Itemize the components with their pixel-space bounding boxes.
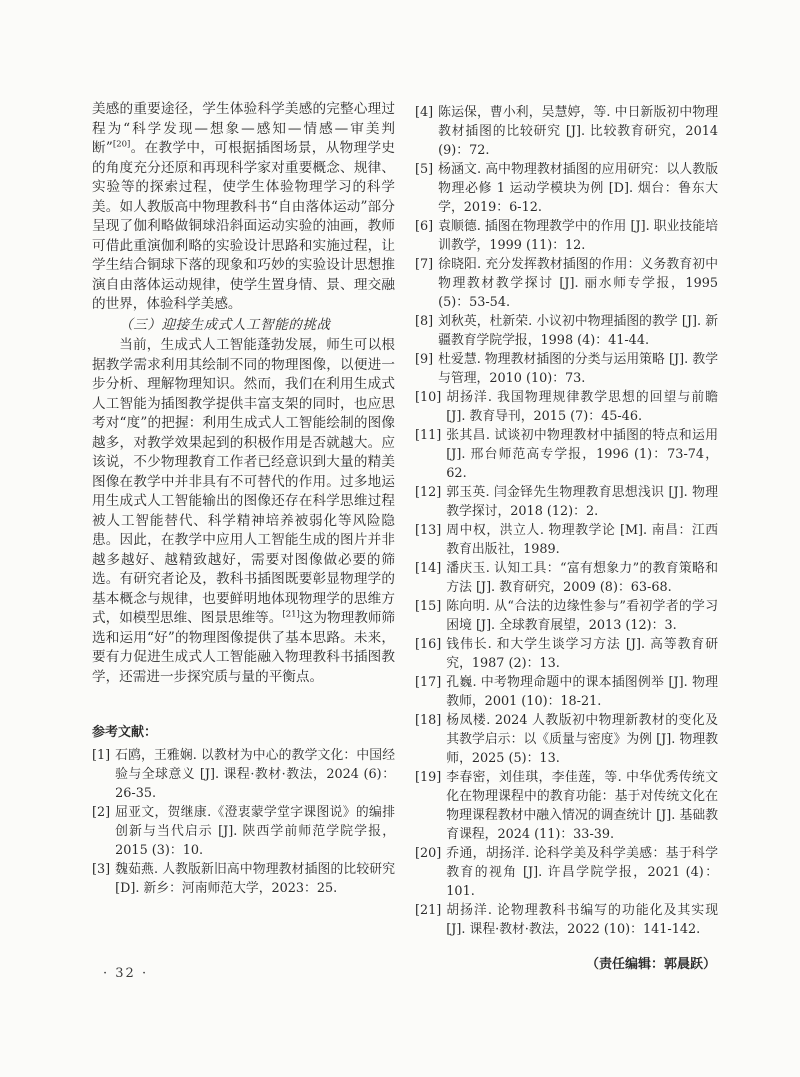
reference-label: [11]	[415, 426, 441, 445]
reference-item: [8] 刘秋英，杜新荣. 小议初中物理插图的教学 [J]. 新疆教育学院学报，1…	[415, 312, 718, 350]
reference-item: [6] 袁顺德. 插图在物理教学中的作用 [J]. 职业技能培训教学，1999 …	[415, 217, 718, 255]
reference-label: [20]	[415, 844, 441, 863]
reference-text: 胡扬洋. 我国物理规律教学思想的回望与前瞻 [J]. 教育导刊，2015 (7)…	[446, 388, 718, 426]
reference-item: [21] 胡扬洋. 论物理教科书编写的功能化及其实现 [J]. 课程·教材·教法…	[415, 901, 718, 939]
reference-item: [2] 屈亚文，贺继康.《澄衷蒙学堂字课图说》的编排创新与当代启示 [J]. 陕…	[92, 803, 395, 860]
reference-list-right: [4] 陈运保，曹小利，吴慧婷，等. 中日新版初中物理教材插图的比较研究 [J]…	[415, 103, 718, 939]
reference-item: [4] 陈运保，曹小利，吴慧婷，等. 中日新版初中物理教材插图的比较研究 [J]…	[415, 103, 718, 160]
reference-text: 杜爱慧. 物理教材插图的分类与运用策略 [J]. 教学与管理，2010 (10)…	[438, 350, 718, 388]
left-column: 美感的重要途径，学生体验科学美感的完整心理过程为“科学发现—想象—感知—情感—审…	[92, 100, 395, 975]
editor-note: （责任编辑：郭晨跃）	[415, 955, 718, 975]
reference-item: [9] 杜爱慧. 物理教材插图的分类与运用策略 [J]. 教学与管理，2010 …	[415, 350, 718, 388]
reference-label: [4]	[415, 103, 433, 122]
reference-text: 刘秋英，杜新荣. 小议初中物理插图的教学 [J]. 新疆教育学院学报，1998 …	[438, 312, 718, 350]
citation-superscript-21: [21]	[282, 609, 299, 619]
reference-text: 张其昌. 试谈初中物理教材中插图的特点和运用 [J]. 邢台师范高专学报，199…	[446, 426, 718, 483]
reference-item: [18] 杨凤楼. 2024 人教版初中物理新教材的变化及其教学启示：以《质量与…	[415, 711, 718, 768]
reference-label: [13]	[415, 521, 441, 540]
reference-text: 徐晓阳. 充分发挥教材插图的作用：义务教育初中物理教材教学探讨 [J]. 丽水师…	[438, 255, 718, 312]
reference-item: [14] 潘庆玉. 认知工具：“富有想象力”的教育策略和方法 [J]. 教育研究…	[415, 559, 718, 597]
reference-label: [12]	[415, 483, 441, 502]
reference-label: [6]	[415, 217, 433, 236]
reference-label: [17]	[415, 673, 441, 692]
reference-list-left: [1] 石鸥，王雅娴. 以教材为中心的教学文化：中国经验与全球意义 [J]. 课…	[92, 746, 395, 898]
references-heading: 参考文献：	[92, 723, 395, 743]
reference-item: [3] 魏茹燕. 人教版新旧高中物理教材插图的比较研究 [D]. 新乡：河南师范…	[92, 860, 395, 898]
reference-text: 魏茹燕. 人教版新旧高中物理教材插图的比较研究 [D]. 新乡：河南师范大学，2…	[115, 860, 395, 898]
section-heading: （三）迎接生成式人工智能的挑战	[92, 316, 395, 336]
right-column: [4] 陈运保，曹小利，吴慧婷，等. 中日新版初中物理教材插图的比较研究 [J]…	[415, 100, 718, 975]
reference-label: [2]	[92, 803, 110, 822]
reference-label: [15]	[415, 597, 441, 616]
reference-label: [1]	[92, 746, 110, 765]
reference-text: 胡扬洋. 论物理教科书编写的功能化及其实现 [J]. 课程·教材·教法，2022…	[446, 901, 718, 939]
reference-item: [17] 孔巍. 中考物理命题中的课本插图例举 [J]. 物理教师，2001 (…	[415, 673, 718, 711]
paper-page: 美感的重要途径，学生体验科学美感的完整心理过程为“科学发现—想象—感知—情感—审…	[0, 0, 800, 1077]
reference-text: 乔通，胡扬洋. 论科学美及科学美感：基于科学教育的视角 [J]. 许昌学院学报，…	[446, 844, 718, 901]
reference-item: [19] 李春密，刘佳琪，李佳莲，等. 中华优秀传统文化在物理课程中的教育功能：…	[415, 768, 718, 844]
reference-text: 潘庆玉. 认知工具：“富有想象力”的教育策略和方法 [J]. 教育研究，2009…	[446, 559, 718, 597]
reference-item: [16] 钱伟长. 和大学生谈学习方法 [J]. 高等教育研究，1987 (2)…	[415, 635, 718, 673]
reference-text: 袁顺德. 插图在物理教学中的作用 [J]. 职业技能培训教学，1999 (11)…	[438, 217, 718, 255]
reference-label: [9]	[415, 350, 433, 369]
reference-text: 杨涵文. 高中物理教材插图的应用研究：以人教版物理必修 1 运动学模块为例 [D…	[438, 160, 718, 217]
reference-text: 李春密，刘佳琪，李佳莲，等. 中华优秀传统文化在物理课程中的教育功能：基于对传统…	[446, 768, 718, 844]
reference-label: [16]	[415, 635, 441, 654]
reference-text: 陈向明. 从“合法的边缘性参与”看初学者的学习困境 [J]. 全球教育展望，20…	[446, 597, 718, 635]
body-paragraph: 当前，生成式人工智能蓬勃发展，师生可以根据教学需求利用其绘制不同的物理图像，以便…	[92, 336, 395, 687]
reference-text: 屈亚文，贺继康.《澄衷蒙学堂字课图说》的编排创新与当代启示 [J]. 陕西学前师…	[115, 803, 395, 860]
two-column-layout: 美感的重要途径，学生体验科学美感的完整心理过程为“科学发现—想象—感知—情感—审…	[92, 100, 718, 975]
reference-text: 郭玉英. 闫金铎先生物理教育思想浅识 [J]. 物理教学探讨，2018 (12)…	[446, 483, 718, 521]
citation-superscript-20: [20]	[113, 139, 130, 149]
reference-text: 石鸥，王雅娴. 以教材为中心的教学文化：中国经验与全球意义 [J]. 课程·教材…	[115, 746, 395, 803]
reference-text: 陈运保，曹小利，吴慧婷，等. 中日新版初中物理教材插图的比较研究 [J]. 比较…	[438, 103, 718, 160]
reference-item: [12] 郭玉英. 闫金铎先生物理教育思想浅识 [J]. 物理教学探讨，2018…	[415, 483, 718, 521]
reference-label: [14]	[415, 559, 441, 578]
reference-text: 周中权，洪立人. 物理教学论 [M]. 南昌：江西教育出版社，1989.	[446, 521, 718, 559]
paragraph-text: 当前，生成式人工智能蓬勃发展，师生可以根据教学需求利用其绘制不同的物理图像，以便…	[92, 337, 395, 626]
reference-label: [18]	[415, 711, 441, 730]
reference-label: [7]	[415, 255, 433, 274]
reference-item: [10] 胡扬洋. 我国物理规律教学思想的回望与前瞻 [J]. 教育导刊，201…	[415, 388, 718, 426]
reference-text: 孔巍. 中考物理命题中的课本插图例举 [J]. 物理教师，2001 (10)：1…	[446, 673, 718, 711]
reference-item: [1] 石鸥，王雅娴. 以教材为中心的教学文化：中国经验与全球意义 [J]. 课…	[92, 746, 395, 803]
reference-label: [5]	[415, 160, 433, 179]
paragraph-text: 。在教学中，可根据插图场景，从物理学史的角度充分还原和再现科学家对重要概念、规律…	[92, 140, 395, 312]
reference-item: [5] 杨涵文. 高中物理教材插图的应用研究：以人教版物理必修 1 运动学模块为…	[415, 160, 718, 217]
reference-text: 杨凤楼. 2024 人教版初中物理新教材的变化及其教学启示：以《质量与密度》为例…	[446, 711, 718, 768]
reference-item: [20] 乔通，胡扬洋. 论科学美及科学美感：基于科学教育的视角 [J]. 许昌…	[415, 844, 718, 901]
reference-label: [19]	[415, 768, 441, 787]
reference-label: [10]	[415, 388, 441, 407]
reference-label: [3]	[92, 860, 110, 879]
reference-text: 钱伟长. 和大学生谈学习方法 [J]. 高等教育研究，1987 (2)：13.	[446, 635, 718, 673]
reference-item: [13] 周中权，洪立人. 物理教学论 [M]. 南昌：江西教育出版社，1989…	[415, 521, 718, 559]
reference-label: [8]	[415, 312, 433, 331]
reference-item: [15] 陈向明. 从“合法的边缘性参与”看初学者的学习困境 [J]. 全球教育…	[415, 597, 718, 635]
page-number: · 32 ·	[103, 966, 148, 981]
reference-item: [11] 张其昌. 试谈初中物理教材中插图的特点和运用 [J]. 邢台师范高专学…	[415, 426, 718, 483]
body-paragraph-continuation: 美感的重要途径，学生体验科学美感的完整心理过程为“科学发现—想象—感知—情感—审…	[92, 100, 395, 315]
reference-label: [21]	[415, 901, 441, 920]
reference-item: [7] 徐晓阳. 充分发挥教材插图的作用：义务教育初中物理教材教学探讨 [J].…	[415, 255, 718, 312]
